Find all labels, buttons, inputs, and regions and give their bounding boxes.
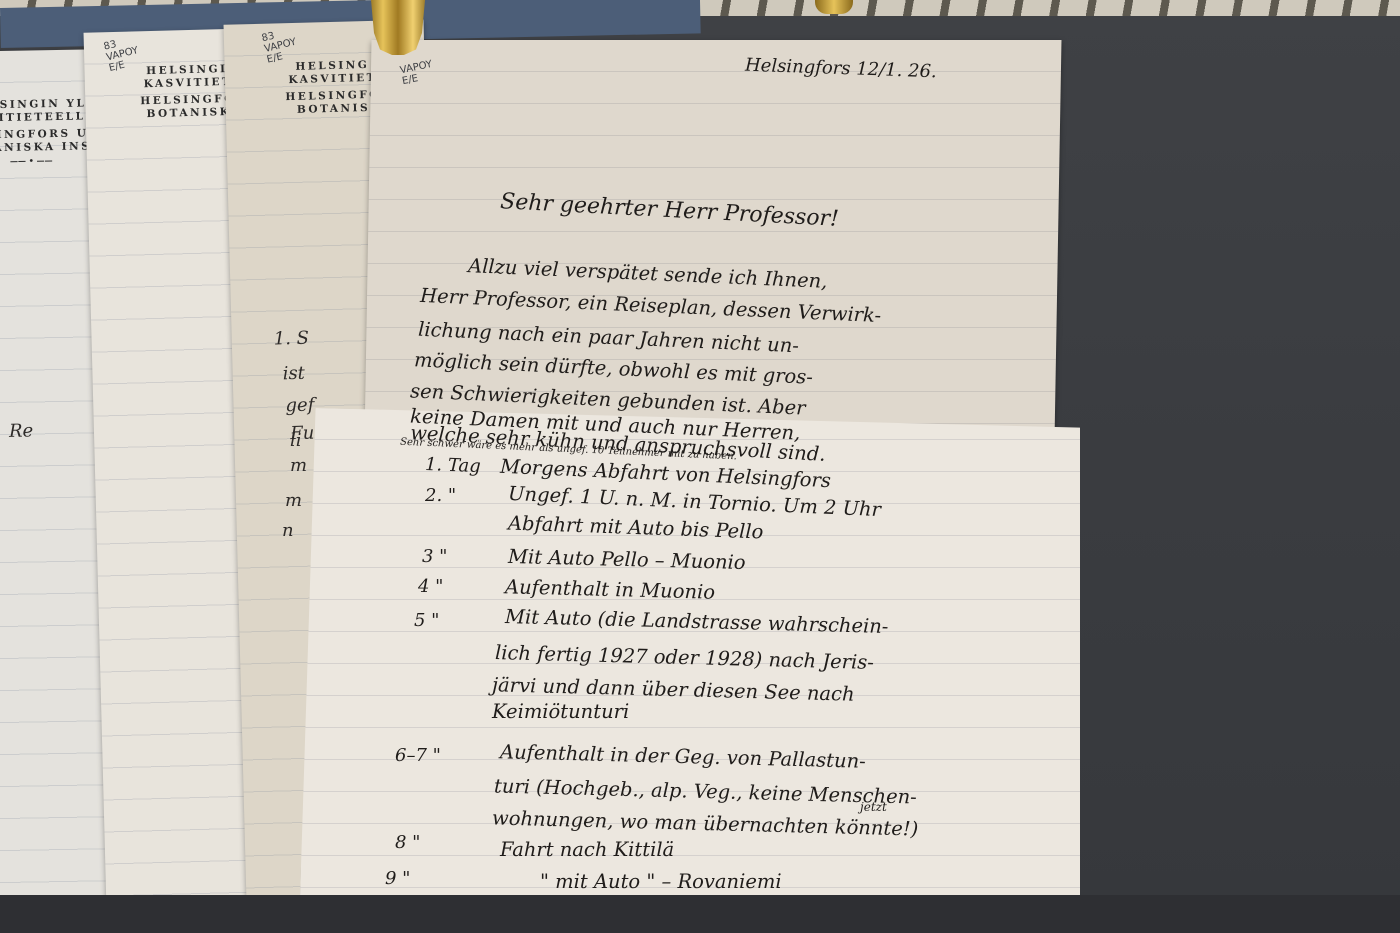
- handwriting-fragment: m: [285, 490, 302, 511]
- handwriting-fragment: ist: [282, 363, 305, 385]
- handwriting-fragment: li: [290, 430, 302, 451]
- itinerary-day: 1. Tag: [425, 454, 481, 477]
- itinerary-day: 9 ": [385, 868, 410, 889]
- brass-hand-weight: [815, 0, 853, 14]
- interlinear-insertion: jetzt: [860, 800, 887, 814]
- itinerary-day: 8 ": [395, 832, 420, 853]
- shelf-edge: [0, 895, 1400, 933]
- itinerary-day: 5 ": [414, 610, 439, 631]
- archive-mark: 83 VAPOY E/E: [103, 34, 142, 74]
- handwriting-fragment: m: [290, 455, 307, 476]
- letterhead-3: HELSING KASVITIET HELSINGFO BOTANIS: [284, 59, 381, 117]
- archive-mark: VAPOY E/E: [399, 59, 435, 87]
- handwriting-fragment: Re: [9, 420, 34, 441]
- handwriting-fragment: gef: [285, 395, 314, 417]
- archive-mark: 83 VAPOY E/E: [261, 26, 300, 66]
- itinerary-day: 4 ": [418, 576, 443, 597]
- itinerary-text: Keimiötunturi: [492, 700, 629, 723]
- handwriting-fragment: 1. S: [273, 328, 309, 350]
- itinerary-day: 3 ": [422, 546, 447, 567]
- letterhead-line: KASVITIET: [285, 72, 381, 87]
- letterhead-line: BOTANIS: [286, 102, 382, 117]
- itinerary-day: 2. ": [425, 485, 456, 506]
- handwriting-fragment: n: [282, 520, 294, 541]
- itinerary-text: Fahrt nach Kittilä: [500, 838, 674, 861]
- itinerary-day: 6–7 ": [395, 745, 441, 766]
- itinerary-text: " mit Auto " – Rovaniemi: [540, 870, 782, 893]
